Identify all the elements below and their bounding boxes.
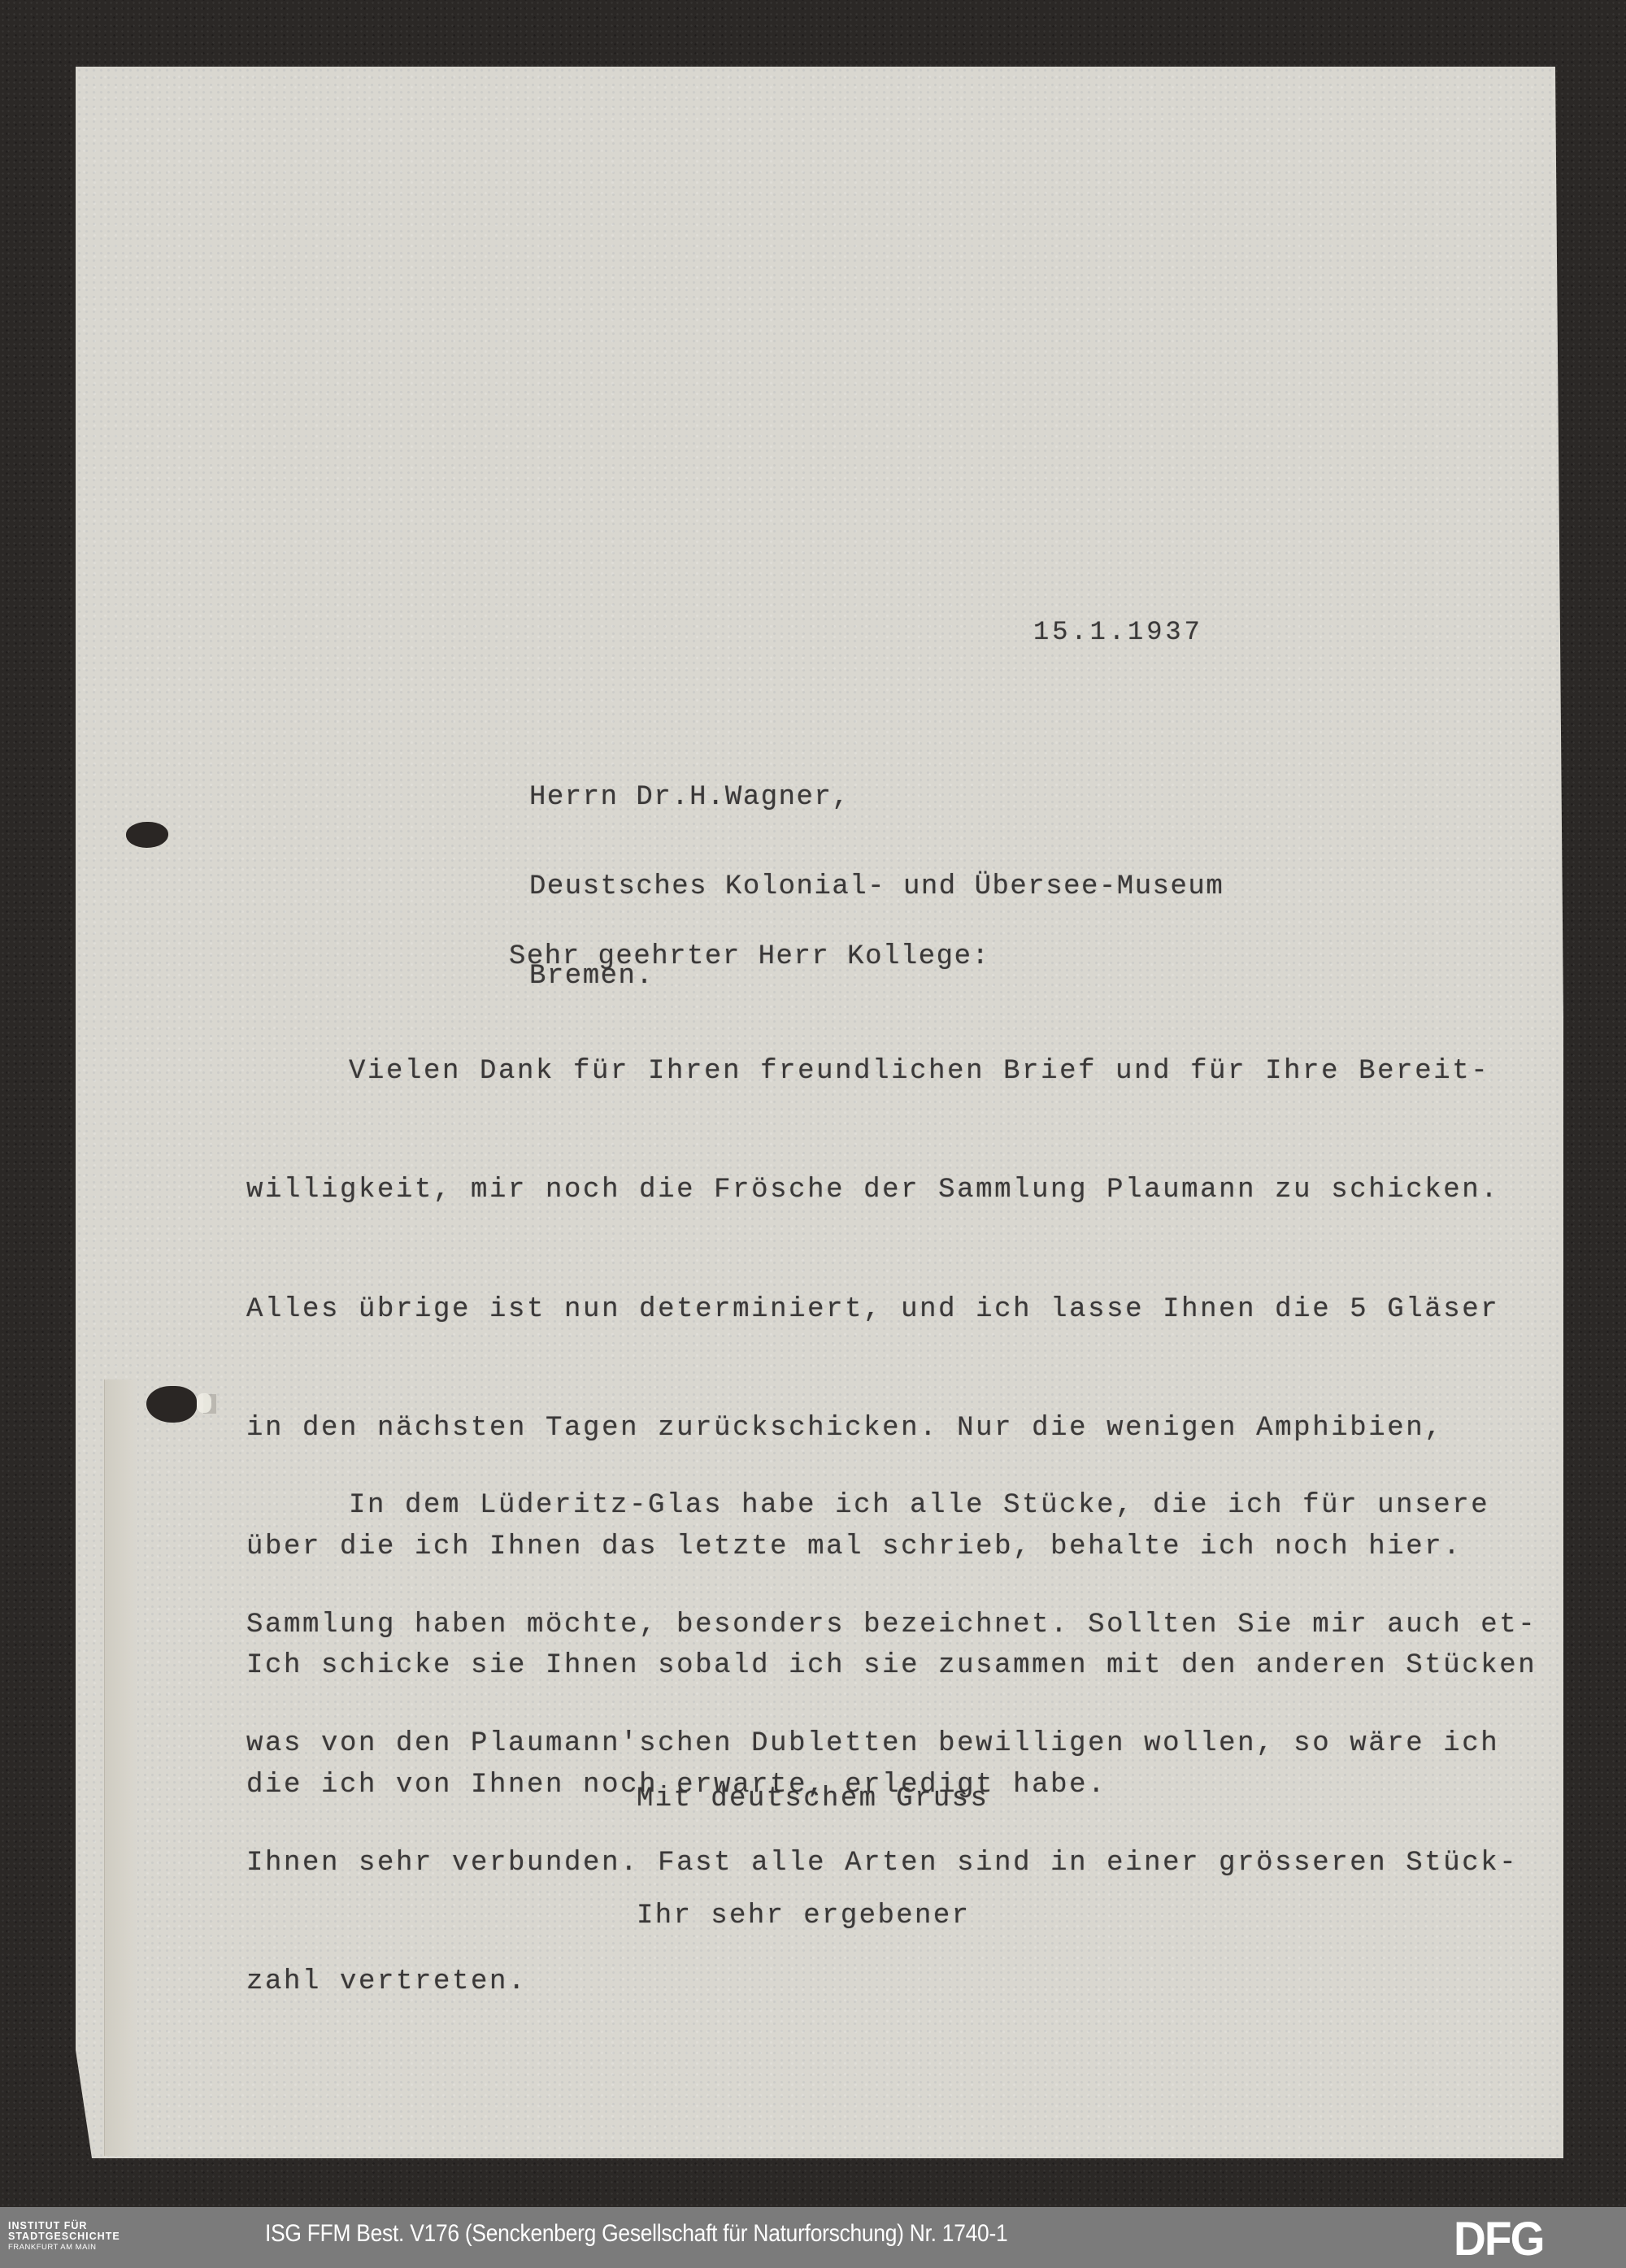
paper-tear	[197, 1393, 211, 1413]
institute-logo-line3: FRANKFURT AM MAIN	[8, 2244, 120, 2252]
recipient-name: Herrn Dr.H.Wagner,	[529, 784, 1224, 818]
archive-footer: INSTITUT FÜR STADTGESCHICHTE FRANKFURT A…	[0, 2207, 1626, 2268]
folded-paper-strip	[104, 1379, 137, 2156]
body-line: Alles übrige ist nun determiniert, und i…	[246, 1296, 1580, 1359]
punch-hole-icon	[126, 822, 168, 848]
dfg-logo-icon: DFG	[1454, 2216, 1544, 2263]
punch-hole-icon	[146, 1386, 197, 1423]
institute-logo-line2: STADTGESCHICHTE	[8, 2231, 120, 2242]
salutation: Sehr geehrter Herr Kollege:	[509, 943, 989, 971]
body-line: Vielen Dank für Ihren freundlichen Brief…	[246, 1058, 1580, 1121]
recipient-institution: Deustsches Kolonial- und Übersee-Museum	[529, 873, 1224, 907]
letter-date: 15.1.1937	[1033, 619, 1203, 645]
body-line: In dem Lüderitz-Glas habe ich alle Stück…	[246, 1492, 1580, 1556]
closing-greeting: Mit deutschem Gruss	[637, 1785, 989, 1847]
body-line: Sammlung haben möchte, besonders bezeich…	[246, 1611, 1580, 1675]
institute-logo: INSTITUT FÜR STADTGESCHICHTE FRANKFURT A…	[8, 2221, 120, 2252]
closing: Mit deutschem Gruss Ihr sehr ergebener	[637, 1730, 989, 1992]
recipient-address: Herrn Dr.H.Wagner, Deustsches Kolonial- …	[529, 728, 1224, 1024]
closing-signoff: Ihr sehr ergebener	[637, 1902, 989, 1964]
archive-reference-caption: ISG FFM Best. V176 (Senckenberg Gesellsc…	[265, 2220, 1007, 2248]
body-line: willigkeit, mir noch die Frösche der Sam…	[246, 1176, 1580, 1240]
